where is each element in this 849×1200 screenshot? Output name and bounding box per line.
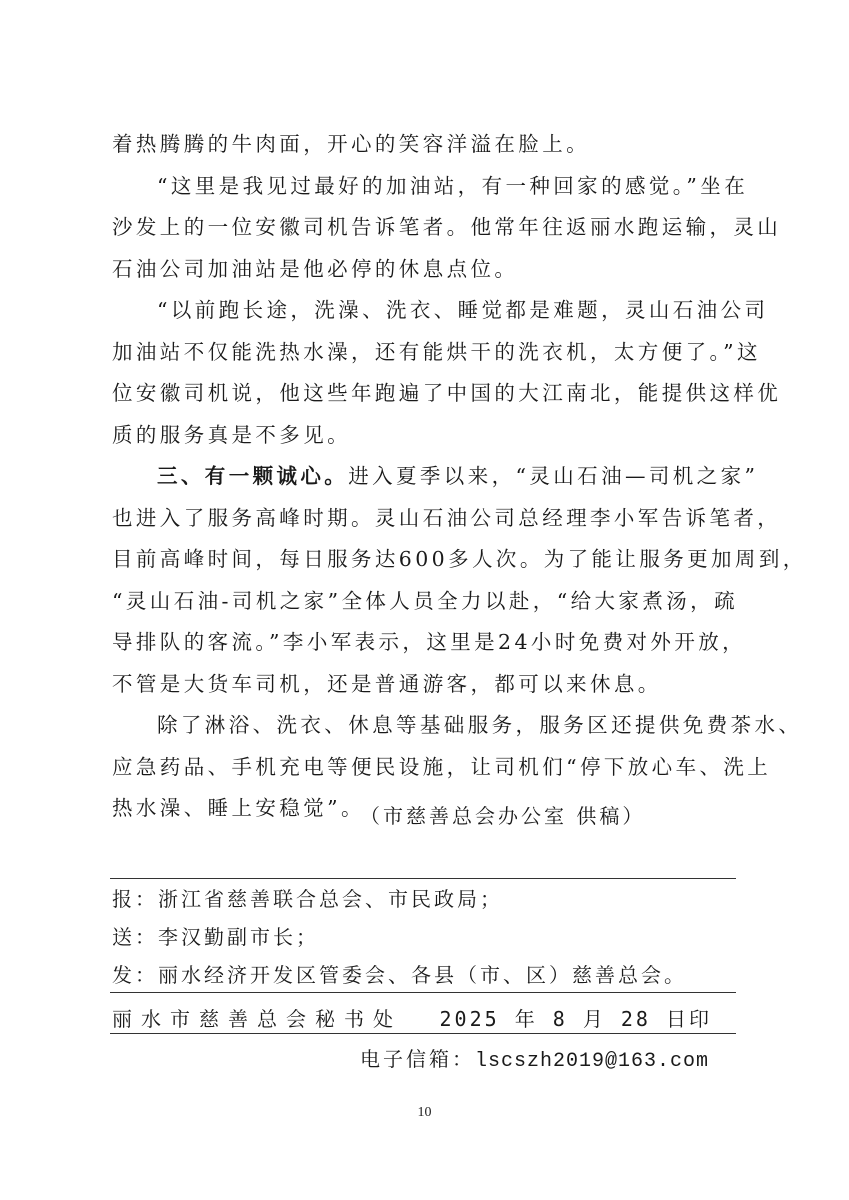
paragraph-line: 位安徽司机说，他这些年跑遍了中国的大江南北，能提供这样优 (112, 373, 738, 415)
section-text: 进入夏季以来，“灵山石油—司机之家” (348, 464, 758, 488)
paragraph-line: 加油站不仅能洗热水澡，还有能烘干的洗衣机，太方便了。”这 (112, 332, 738, 374)
paragraph-line: 目前高峰时间，每日服务达600多人次。为了能让服务更加周到， (112, 539, 738, 581)
paragraph-line: “以前跑长途，洗澡、洗衣、睡觉都是难题，灵山石油公司 (112, 290, 738, 332)
paragraph-line: “这里是我见过最好的加油站，有一种回家的感觉。”坐在 (112, 166, 738, 208)
divider-middle (110, 992, 736, 993)
paragraph-line: 石油公司加油站是他必停的休息点位。 (112, 249, 738, 291)
contact-email-line: 电子信箱：lscszh2019@163.com (360, 1043, 709, 1073)
paragraph-line: 质的服务真是不多见。 (112, 415, 738, 457)
paragraph-line: “灵山石油-司机之家”全体人员全力以赴，“给大家煮汤，疏 (112, 581, 738, 623)
paragraph-line: 沙发上的一位安徽司机告诉笔者。他常年往返丽水跑运输，灵山 (112, 207, 738, 249)
paragraph-line: 应急药品、手机充电等便民设施，让司机们“停下放心车、洗上 (112, 747, 738, 789)
send-to-line: 送：李汉勤副市长； (112, 921, 319, 950)
email-address: lscszh2019@163.com (475, 1050, 709, 1073)
imprint-line: 丽水市慈善总会秘书处 2025 年 8 月 28 日印 (112, 1003, 712, 1032)
paragraph-line: 不管是大货车司机，还是普通游客，都可以来休息。 (112, 664, 738, 706)
divider-bottom (110, 1033, 736, 1034)
paragraph-line: 也进入了服务高峰时期。灵山石油公司总经理李小军告诉笔者， (112, 498, 738, 540)
section-heading-line: 三、有一颗诚心。进入夏季以来，“灵山石油—司机之家” (112, 456, 738, 498)
article-body: 着热腾腾的牛肉面，开心的笑容洋溢在脸上。 “这里是我见过最好的加油站，有一种回家… (112, 124, 738, 830)
divider-top (110, 878, 736, 879)
paragraph-line: 除了淋浴、洗衣、休息等基础服务，服务区还提供免费茶水、 (112, 705, 738, 747)
paragraph-line: 导排队的客流。”李小军表示，这里是24小时免费对外开放， (112, 622, 738, 664)
article-credit: （市慈善总会办公室 供稿） (360, 800, 645, 829)
issuing-organization: 丽水市慈善总会秘书处 (112, 1003, 402, 1032)
document-page: 着热腾腾的牛肉面，开心的笑容洋溢在脸上。 “这里是我见过最好的加油站，有一种回家… (0, 0, 849, 1200)
issue-to-line: 发：丽水经济开发区管委会、各县（市、区）慈善总会。 (112, 959, 687, 988)
email-label: 电子信箱： (360, 1047, 475, 1071)
section-heading: 三、有一颗诚心。 (157, 464, 348, 488)
page-number: 10 (0, 1105, 849, 1121)
report-to-line: 报：浙江省慈善联合总会、市民政局； (112, 883, 503, 912)
print-date: 2025 年 8 月 28 日印 (440, 1003, 713, 1032)
paragraph-line: 着热腾腾的牛肉面，开心的笑容洋溢在脸上。 (112, 124, 738, 166)
